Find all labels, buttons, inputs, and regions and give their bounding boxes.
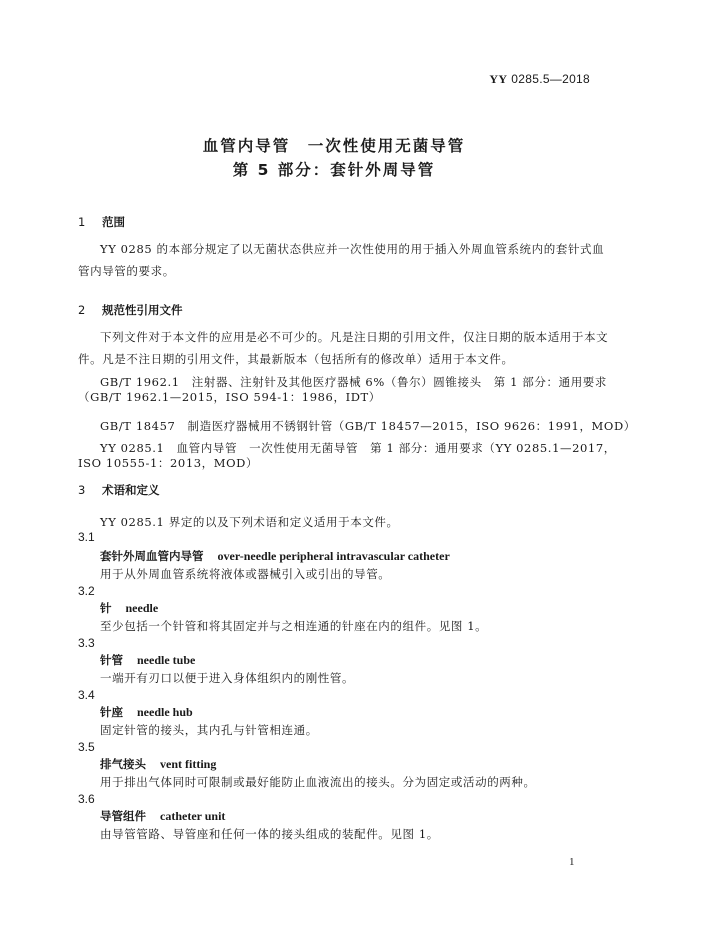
- reference-gbt1962-line2: （GB/T 1962.1—2015，ISO 594-1：1986，IDT）: [78, 388, 614, 406]
- reference-gbt18457: GB/T 18457 制造医疗器械用不锈钢针管（GB/T 18457—2015，…: [100, 418, 636, 434]
- section-title: 规范性引用文件: [102, 303, 183, 317]
- term-en: needle hub: [137, 705, 193, 719]
- term-definition: 固定针管的接头，其内孔与针管相连通。: [100, 722, 318, 738]
- section-number: 1: [78, 215, 102, 229]
- section-title: 范围: [102, 215, 125, 229]
- standard-prefix: YY: [489, 72, 507, 86]
- standard-number: YY0285.5—2018: [489, 72, 590, 87]
- section-number: 2: [78, 303, 102, 317]
- term-en: needle: [126, 601, 159, 615]
- term-zh: 导管组件: [100, 809, 146, 823]
- term-zh: 针座: [100, 705, 123, 719]
- term-number: 3.5: [78, 740, 95, 754]
- term-zh: 排气接头: [100, 757, 146, 771]
- reference-yy0285-1-line2: ISO 10555-1：2013，MOD）: [78, 454, 614, 472]
- term-en: over-needle peripheral intravascular cat…: [218, 549, 450, 563]
- term-definition: 一端开有刃口以便于进入身体组织内的刚性管。: [100, 670, 354, 686]
- term-definition: 用于排出气体同时可限制或最好能防止血液流出的接头。分为固定或活动的两种。: [100, 774, 536, 790]
- term-number: 3.3: [78, 636, 95, 650]
- term-en: vent fitting: [160, 757, 216, 771]
- section-heading-normative-references: 2规范性引用文件: [78, 302, 183, 318]
- term-title: 针管needle tube: [100, 652, 195, 668]
- standard-code: 0285.5—2018: [511, 72, 590, 86]
- section-heading-terms: 3术语和定义: [78, 482, 160, 498]
- term-zh: 针管: [100, 653, 123, 667]
- term-title: 导管组件catheter unit: [100, 808, 225, 824]
- document-title-line1: 血管内导管 一次性使用无菌导管: [0, 134, 668, 156]
- term-definition: 至少包括一个针管和将其固定并与之相连通的针座在内的组件。见图 1。: [100, 618, 487, 634]
- term-en: needle tube: [137, 653, 195, 667]
- terms-intro-paragraph: YY 0285.1 界定的以及下列术语和定义适用于本文件。: [100, 514, 399, 530]
- document-page: YY0285.5—2018 血管内导管 一次性使用无菌导管 第 5 部分：套针外…: [0, 0, 720, 938]
- term-title: 针needle: [100, 600, 158, 616]
- document-title-line2: 第 5 部分：套针外周导管: [0, 158, 668, 180]
- term-definition: 由导管管路、导管座和任何一体的接头组成的装配件。见图 1。: [100, 826, 439, 842]
- term-title: 针座needle hub: [100, 704, 193, 720]
- term-en: catheter unit: [160, 809, 225, 823]
- references-intro-paragraph: 下列文件对于本文件的应用是必不可少的。凡是注日期的引用文件，仅注日期的版本适用于…: [78, 326, 614, 370]
- scope-paragraph: YY 0285 的本部分规定了以无菌状态供应并一次性使用的用于插入外周血管系统内…: [78, 238, 614, 282]
- term-number: 3.6: [78, 792, 95, 806]
- section-number: 3: [78, 483, 102, 497]
- term-title: 排气接头vent fitting: [100, 756, 216, 772]
- section-heading-scope: 1范围: [78, 214, 125, 230]
- term-title: 套针外周血管内导管over-needle peripheral intravas…: [100, 548, 450, 564]
- term-zh: 套针外周血管内导管: [100, 549, 204, 563]
- term-number: 3.1: [78, 530, 95, 544]
- term-number: 3.2: [78, 584, 95, 598]
- term-number: 3.4: [78, 688, 95, 702]
- page-number: 1: [569, 856, 575, 868]
- section-title: 术语和定义: [102, 483, 160, 497]
- term-definition: 用于从外周血管系统将液体或器械引入或引出的导管。: [100, 566, 390, 582]
- term-zh: 针: [100, 601, 112, 615]
